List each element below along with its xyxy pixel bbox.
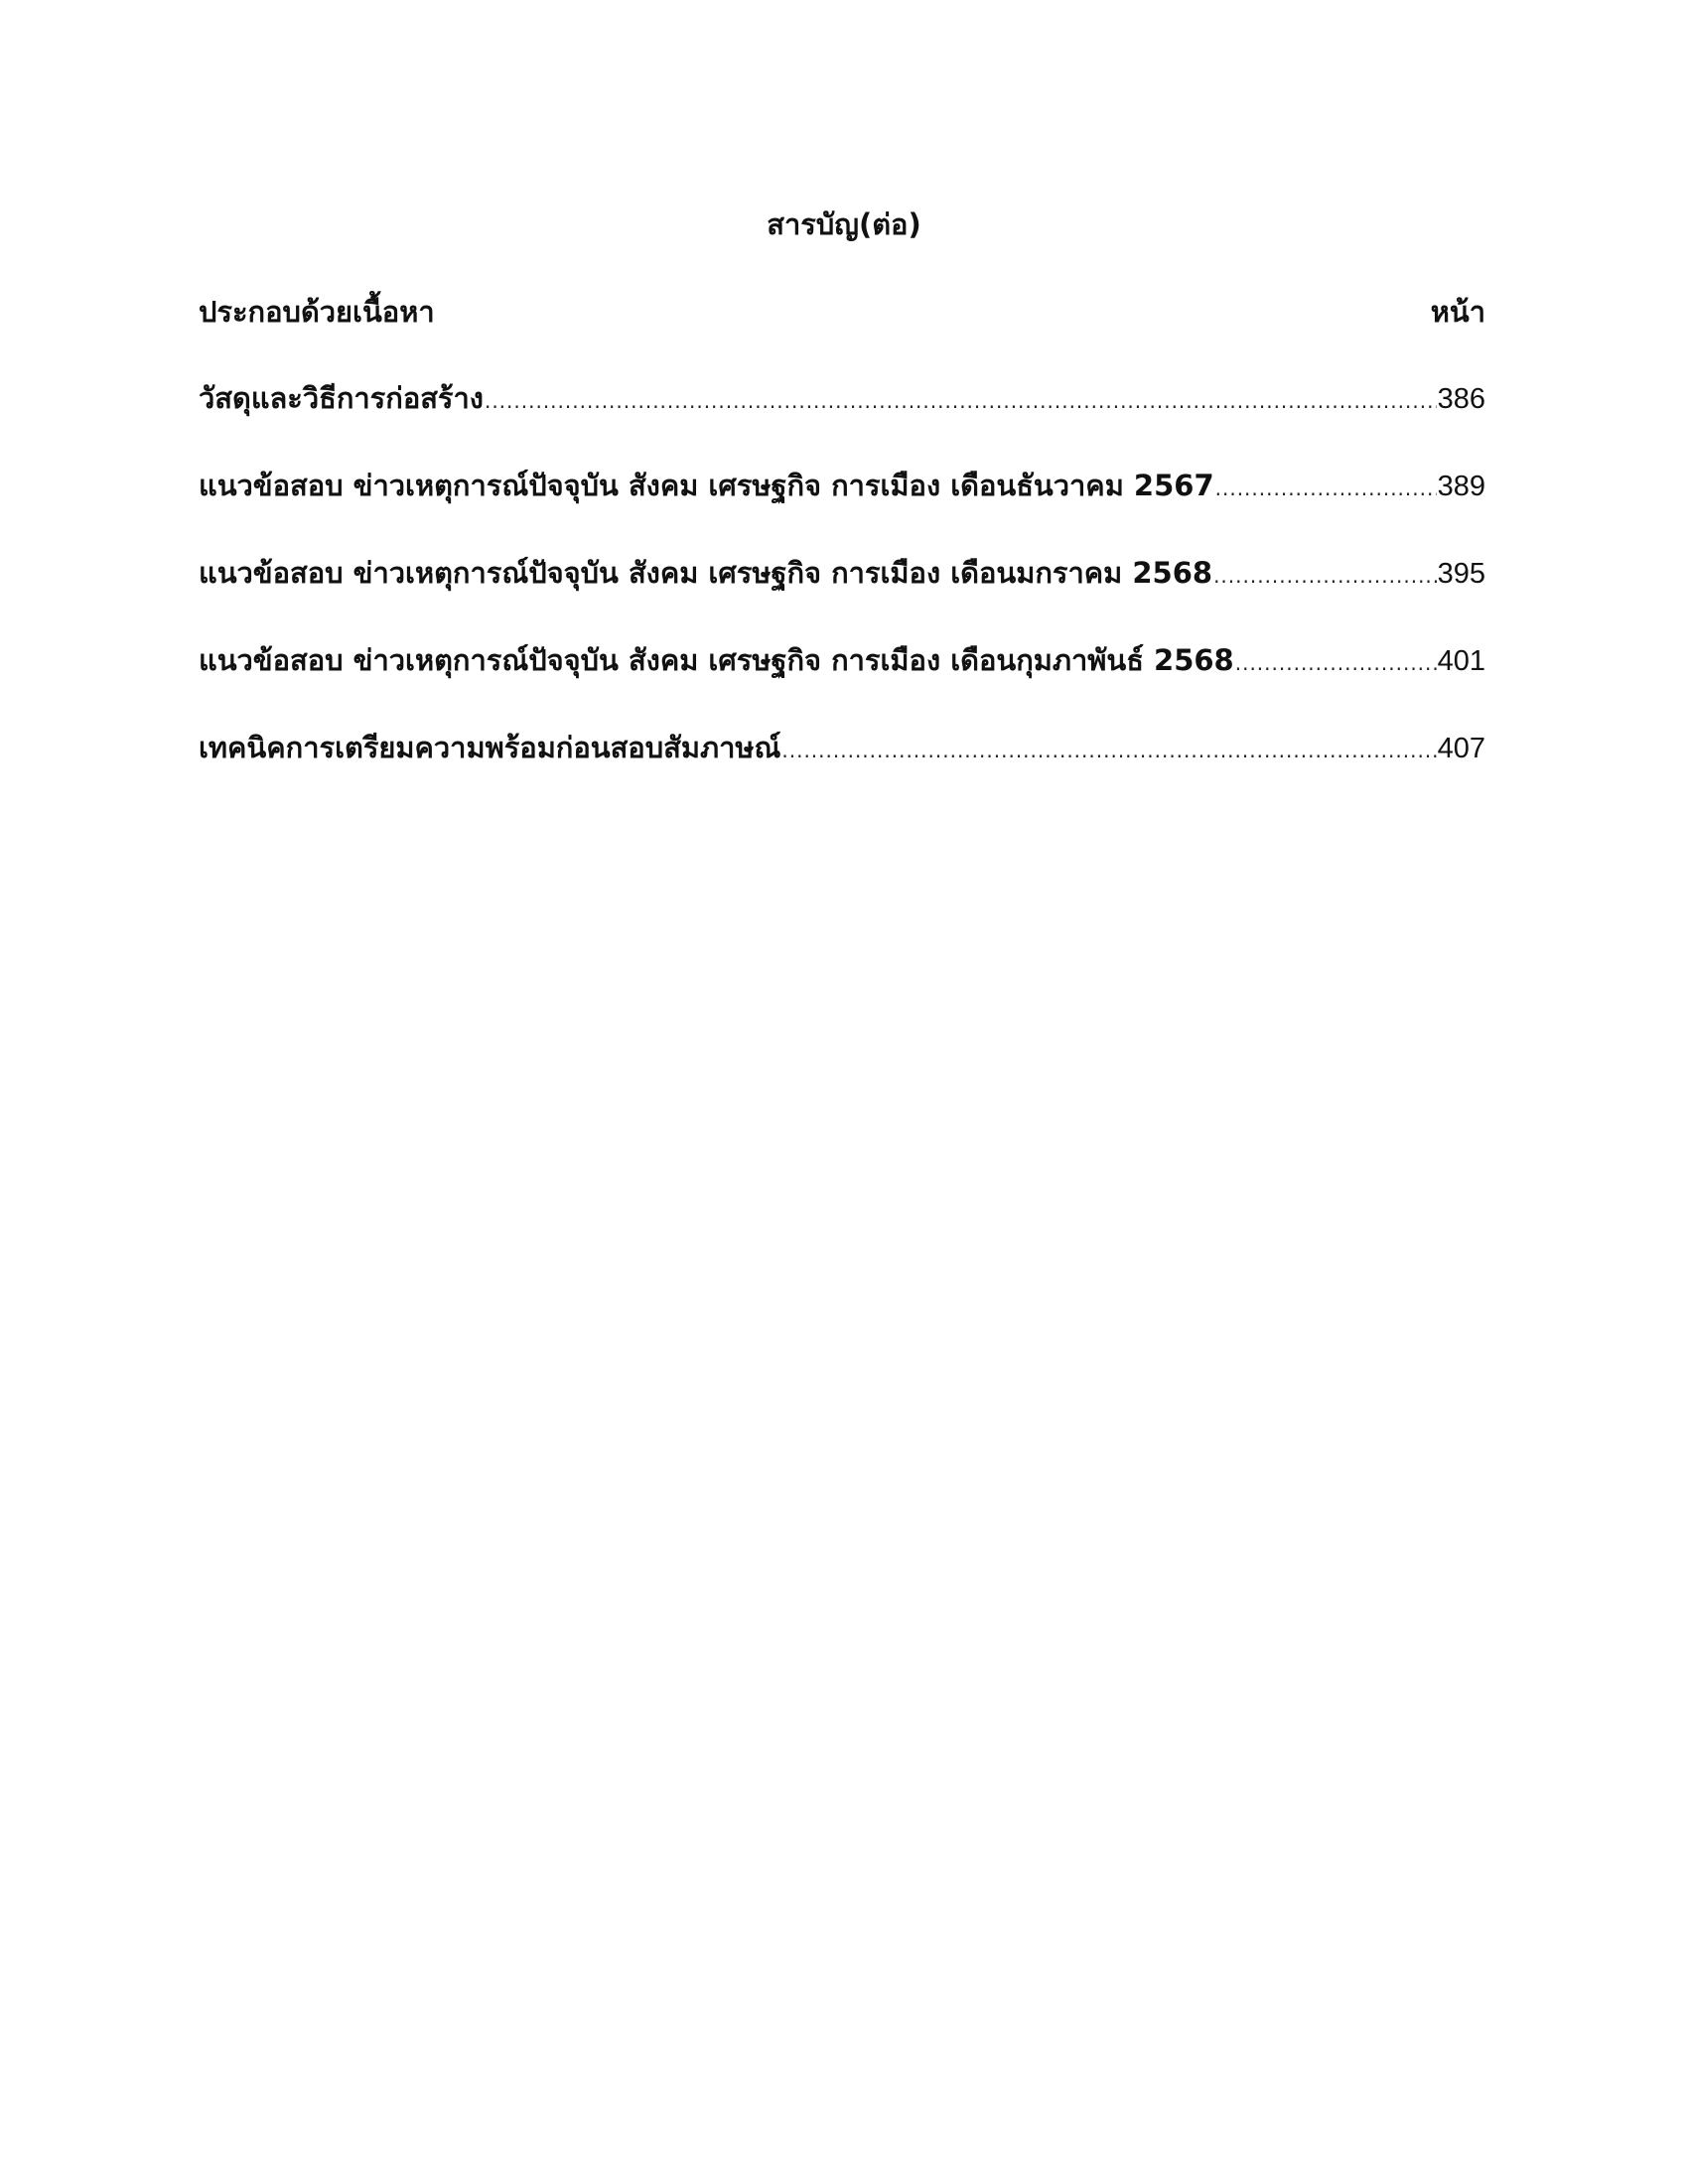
toc-entry-page: 407 bbox=[1438, 733, 1485, 765]
toc-entry-page: 389 bbox=[1438, 471, 1485, 503]
dot-leader bbox=[1213, 564, 1437, 588]
table-of-contents: วัสดุและวิธีการก่อสร้าง 386 แนวข้อสอบ ข่… bbox=[199, 375, 1485, 812]
dot-leader bbox=[1235, 651, 1437, 675]
dot-leader bbox=[1215, 477, 1437, 500]
page-title: สารบัญ(ต่อ) bbox=[0, 201, 1688, 248]
toc-entry[interactable]: แนวข้อสอบ ข่าวเหตุการณ์ปัจจุบัน สังคม เศ… bbox=[199, 463, 1485, 550]
toc-entry-label: แนวข้อสอบ ข่าวเหตุการณ์ปัจจุบัน สังคม เศ… bbox=[199, 550, 1212, 596]
toc-entry[interactable]: แนวข้อสอบ ข่าวเหตุการณ์ปัจจุบัน สังคม เศ… bbox=[199, 637, 1485, 725]
contents-column-label: ประกอบด้วยเนื้อหา bbox=[199, 289, 435, 335]
dot-leader bbox=[781, 739, 1436, 762]
toc-entry-page: 401 bbox=[1438, 645, 1485, 678]
toc-entry-page: 395 bbox=[1438, 558, 1485, 591]
toc-entry[interactable]: เทคนิคการเตรียมความพร้อมก่อนสอบสัมภาษณ์ … bbox=[199, 725, 1485, 812]
toc-entry-label: แนวข้อสอบ ข่าวเหตุการณ์ปัจจุบัน สังคม เศ… bbox=[199, 463, 1214, 508]
toc-entry-page: 386 bbox=[1438, 383, 1485, 416]
dot-leader bbox=[485, 389, 1437, 413]
toc-entry-label: แนวข้อสอบ ข่าวเหตุการณ์ปัจจุบัน สังคม เศ… bbox=[199, 637, 1234, 683]
page-column-label: หน้า bbox=[1431, 289, 1485, 335]
toc-entry-label: เทคนิคการเตรียมความพร้อมก่อนสอบสัมภาษณ์ bbox=[199, 725, 780, 770]
document-page: สารบัญ(ต่อ) ประกอบด้วยเนื้อหา หน้า วัสดุ… bbox=[0, 0, 1688, 2184]
toc-header: ประกอบด้วยเนื้อหา หน้า bbox=[199, 288, 1485, 336]
toc-entry[interactable]: วัสดุและวิธีการก่อสร้าง 386 bbox=[199, 375, 1485, 463]
toc-entry[interactable]: แนวข้อสอบ ข่าวเหตุการณ์ปัจจุบัน สังคม เศ… bbox=[199, 550, 1485, 637]
toc-entry-label: วัสดุและวิธีการก่อสร้าง bbox=[199, 375, 484, 421]
